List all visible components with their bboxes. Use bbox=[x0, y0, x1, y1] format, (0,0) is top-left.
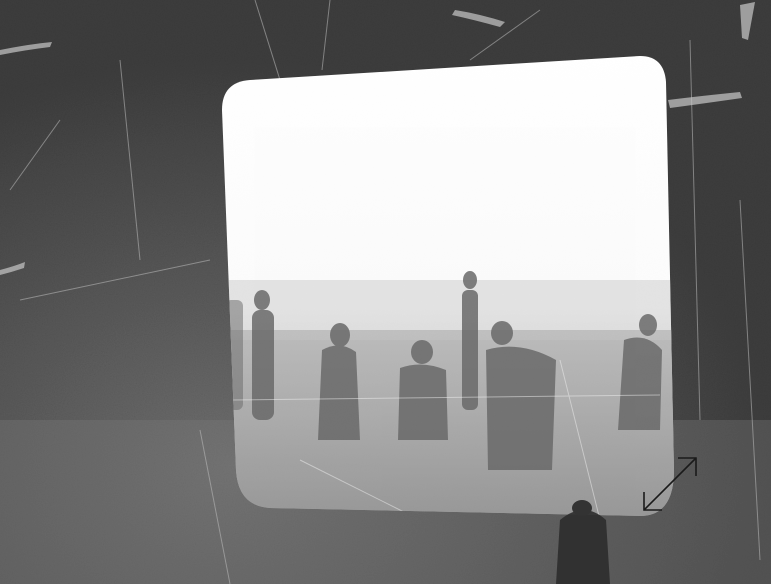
resize-diagonal-icon[interactable] bbox=[640, 454, 700, 514]
photo-viewer bbox=[0, 0, 771, 584]
